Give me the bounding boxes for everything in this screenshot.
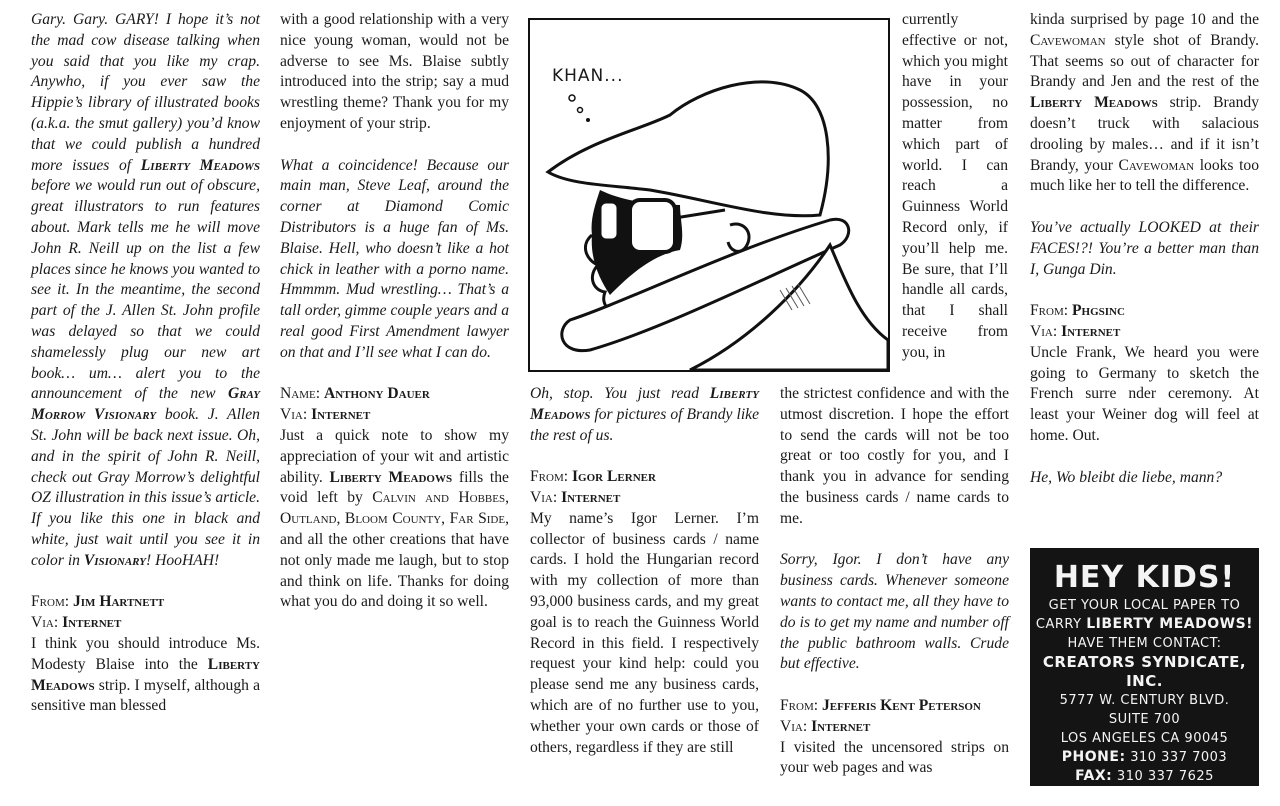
letter-from-line: From: Jefferis Kent Peterson	[780, 696, 1009, 717]
fax-label: FAX:	[1075, 768, 1112, 784]
editor-reply: You’ve actually LOOKED at their FACES!?!…	[1030, 218, 1259, 280]
ad-strip-title: LIBERTY MEADOWS!	[1086, 616, 1253, 632]
letter-body: kinda surprised by page 10 and the Cavew…	[1030, 10, 1259, 197]
comic-panel: KHAN...	[528, 18, 890, 372]
editor-reply: He, Wo bleibt die liebe, mann?	[1030, 468, 1259, 489]
ad-fax: FAX: 310 337 7625	[1030, 767, 1259, 786]
column-2: with a good relationship with a very nic…	[280, 10, 509, 634]
letter-name-line: Name: Anthony Dauer	[280, 384, 509, 405]
comic-title: Cavewoman	[1030, 32, 1106, 49]
letter-text: kinda surprised by page 10 and the	[1030, 11, 1259, 28]
editor-reply: What a coincidence! Because our main man…	[280, 156, 509, 364]
ad-line: CARRY LIBERTY MEADOWS!	[1030, 615, 1259, 634]
letter-from-line: From: Jim Hartnett	[31, 592, 260, 613]
reply-text: Gary. Gary. GARY! I hope it’s not the ma…	[31, 11, 260, 174]
via-label: Via:	[530, 489, 557, 506]
letter-body: Just a quick note to show my appreciatio…	[280, 426, 509, 613]
reply-text: before we would run out of obscure, grea…	[31, 177, 260, 402]
via-label: Via:	[1030, 323, 1057, 340]
letter-body: currently effective or not, which you mi…	[902, 10, 1008, 364]
via-label: Via:	[780, 718, 807, 735]
phone-number: 310 337 7003	[1130, 750, 1227, 765]
from-label: From:	[31, 593, 69, 610]
via-value: Internet	[62, 614, 121, 631]
letter-via-line: Via: Internet	[1030, 322, 1259, 343]
from-name: Phgsinc	[1072, 302, 1125, 319]
letter-via-line: Via: Internet	[31, 613, 260, 634]
book-title: Visionary	[84, 552, 146, 569]
ad-line: GET YOUR LOCAL PAPER TO	[1030, 596, 1259, 615]
comic-title: Cavewoman	[1119, 157, 1195, 174]
column-4-narrow: currently effective or not, which you mi…	[902, 10, 1008, 364]
letter-body: with a good relationship with a very nic…	[280, 10, 509, 135]
from-label: From:	[780, 697, 818, 714]
strip-title: Liberty Meadows	[330, 469, 453, 486]
letter-body: I think you should introduce Ms. Modesty…	[31, 634, 260, 717]
reply-text: book. J. Allen St. John will be back nex…	[31, 406, 260, 569]
from-label: From:	[1030, 302, 1068, 319]
column-3: Oh, stop. You just read Liberty Meadows …	[530, 384, 759, 758]
ad-text: CARRY	[1036, 617, 1082, 632]
ad-address: SUITE 700	[1030, 710, 1259, 729]
letter-from-line: From: Phgsinc	[1030, 301, 1259, 322]
via-label: Via:	[31, 614, 58, 631]
column-5: kinda surprised by page 10 and the Cavew…	[1030, 10, 1259, 509]
ad-address: 5777 W. CENTURY BLVD.	[1030, 691, 1259, 710]
editor-reply: Oh, stop. You just read Liberty Meadows …	[530, 384, 759, 446]
syndicate-ad-box: HEY KIDS! GET YOUR LOCAL PAPER TO CARRY …	[1030, 548, 1259, 786]
letter-body: My name’s Igor Lerner. I’m collector of …	[530, 509, 759, 759]
via-value: Internet	[1061, 323, 1120, 340]
column-1: Gary. Gary. GARY! I hope it’s not the ma…	[31, 10, 260, 717]
via-value: Internet	[561, 489, 620, 506]
comic-illustration-icon	[530, 20, 888, 370]
letter-text: and all the other creations that have no…	[280, 531, 509, 610]
editor-reply: Sorry, Igor. I don’t have any business c…	[780, 550, 1009, 675]
from-name: Igor Lerner	[572, 468, 656, 485]
letter-via-line: Via: Internet	[780, 717, 1009, 738]
strip-title: Liberty Meadows	[141, 157, 260, 174]
phone-label: PHONE:	[1062, 749, 1126, 765]
letter-body: the strictest confidence and with the ut…	[780, 384, 1009, 530]
via-value: Internet	[811, 718, 870, 735]
name-value: Anthony Dauer	[324, 385, 430, 402]
strip-title: Liberty Meadows	[1030, 94, 1158, 111]
ad-phone: PHONE: 310 337 7003	[1030, 748, 1259, 767]
ad-company: CREATORS SYNDICATE, INC.	[1030, 653, 1259, 691]
from-name: Jim Hartnett	[73, 593, 164, 610]
letter-from-line: From: Igor Lerner	[530, 467, 759, 488]
from-name: Jefferis Kent Peterson	[822, 697, 981, 714]
fax-number: 310 337 7625	[1117, 769, 1214, 784]
ad-address: LOS ANGELES CA 90045	[1030, 729, 1259, 748]
letter-body: Uncle Frank, We heard you were going to …	[1030, 343, 1259, 447]
reply-text: Oh, stop. You just read	[530, 385, 699, 402]
from-label: From:	[530, 468, 568, 485]
letter-body: I visited the uncensored strips on your …	[780, 738, 1009, 780]
ad-line: HAVE THEM CONTACT:	[1030, 634, 1259, 653]
letter-via-line: Via: Internet	[530, 488, 759, 509]
ad-headline: HEY KIDS!	[1030, 560, 1259, 596]
name-label: Name:	[280, 385, 320, 402]
via-label: Via:	[280, 406, 307, 423]
reply-text: ! HooHAH!	[146, 552, 219, 569]
letter-via-line: Via: Internet	[280, 405, 509, 426]
editor-reply: Gary. Gary. GARY! I hope it’s not the ma…	[31, 10, 260, 572]
column-4: the strictest confidence and with the ut…	[780, 384, 1009, 779]
via-value: Internet	[311, 406, 370, 423]
